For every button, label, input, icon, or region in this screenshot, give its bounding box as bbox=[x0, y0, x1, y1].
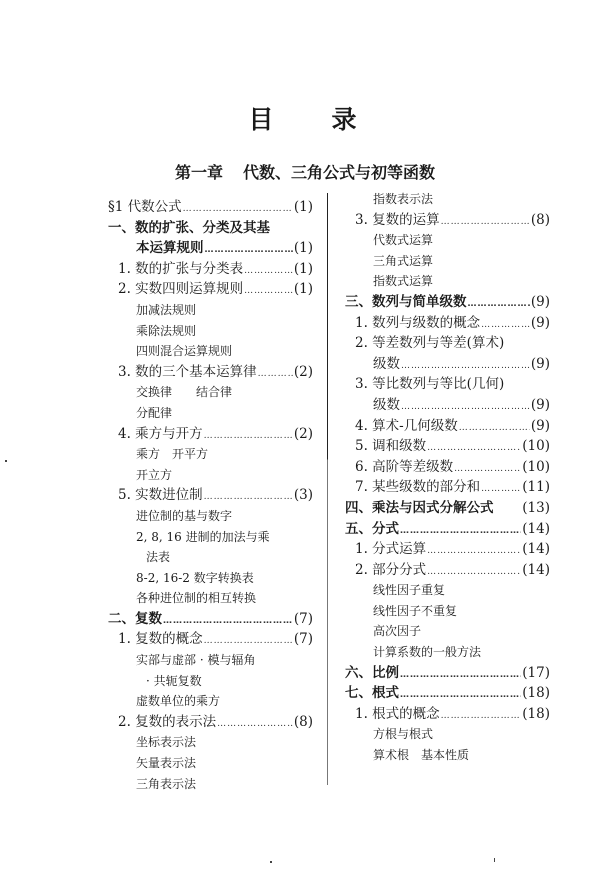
toc-entry: 方根与根式 bbox=[345, 724, 550, 745]
toc-entry: 2. 实数四则运算规则……………………………………………………(1) bbox=[108, 279, 313, 300]
toc-entry-title: 矢量表示法 bbox=[136, 753, 196, 774]
toc-entry: 4. 乘方与开方……………………………………………………(2) bbox=[108, 424, 313, 445]
toc-entry: 二、复数……………………………………………………(7) bbox=[108, 609, 313, 630]
dot-leader: …………………………………………………… bbox=[217, 714, 293, 735]
toc-entry-title: 2. 等差数列与等差(算术) bbox=[355, 333, 504, 354]
toc-page-number: (9) bbox=[531, 292, 550, 313]
toc-entry-title: 三、数列与简单级数 bbox=[345, 292, 467, 313]
toc-entry-title: 4. 算术-几何级数 bbox=[355, 416, 458, 437]
toc-entry: 级数……………………………………………………(9) bbox=[345, 354, 550, 375]
toc-entry-title: 2. 复数的表示法 bbox=[118, 712, 216, 733]
toc-entry: 坐标表示法 bbox=[108, 732, 313, 753]
chapter-title: 代数、三角公式与初等函数 bbox=[243, 163, 435, 182]
dot-leader: …………………………………………………… bbox=[400, 685, 521, 706]
toc-entry: 六、比例……………………………………………………(17) bbox=[345, 663, 550, 684]
toc-entry-title: 七、根式 bbox=[345, 683, 399, 704]
toc-entry: 1. 根式的概念……………………………………………………(18) bbox=[345, 704, 550, 725]
toc-entry-title: §1 代数公式 bbox=[108, 197, 182, 218]
toc-page-number: (14) bbox=[522, 560, 550, 581]
dot-leader: …………………………………………………… bbox=[401, 397, 530, 418]
toc-entry: 3. 数的三个基本运算律……………………………………………………(2) bbox=[108, 362, 313, 383]
toc-entry-title: 五、分式 bbox=[345, 519, 399, 540]
toc-entry: 五、分式……………………………………………………(14) bbox=[345, 519, 550, 540]
toc-entry-title: 实部与虚部 · 模与辐角 bbox=[136, 650, 255, 671]
toc-entry: 加减法规则 bbox=[108, 300, 313, 321]
toc-entry: 5. 实数进位制……………………………………………………(3) bbox=[108, 485, 313, 506]
dot-leader: …………………………………………………… bbox=[481, 479, 521, 500]
toc-entry: 8-2, 16-2 数字转换表 bbox=[108, 568, 313, 589]
toc-entry: 四、乘法与因式分解公式(13) bbox=[345, 498, 550, 519]
toc-entry-title: 1. 数列与级数的概念 bbox=[355, 313, 480, 334]
toc-entry-title: 1. 分式运算 bbox=[355, 539, 426, 560]
toc-entry: 三角表示法 bbox=[108, 774, 313, 795]
toc-entry-title: 级数 bbox=[373, 354, 400, 375]
toc-entry-title: 计算系数的一般方法 bbox=[373, 642, 481, 663]
toc-entry-title: 分配律 bbox=[136, 403, 172, 424]
scan-speck bbox=[270, 861, 272, 863]
toc-entry: 分配律 bbox=[108, 403, 313, 424]
toc-entry: 虚数单位的乘方 bbox=[108, 691, 313, 712]
toc-entry: 乘除法规则 bbox=[108, 321, 313, 342]
toc-entry: 乘方 开平方 bbox=[108, 444, 313, 465]
toc-entry-title: 四则混合运算规则 bbox=[136, 341, 232, 362]
toc-entry-title: 四、乘法与因式分解公式 bbox=[345, 498, 494, 519]
toc-entry: 三、数列与简单级数……………………………………………………(9) bbox=[345, 292, 550, 313]
dot-leader: …………………………………………………… bbox=[400, 665, 521, 686]
dot-leader: …………………………………………………… bbox=[468, 294, 530, 315]
toc-entry: · 共轭复数 bbox=[108, 671, 313, 692]
toc-entry-title: 本运算规则 bbox=[136, 238, 204, 259]
toc-entry: 开立方 bbox=[108, 465, 313, 486]
toc-entry: 3. 复数的运算……………………………………………………(8) bbox=[345, 210, 550, 231]
toc-entry: 三角式运算 bbox=[345, 251, 550, 272]
toc-entry: §1 代数公式……………………………………………………(1) bbox=[108, 197, 313, 218]
column-divider bbox=[327, 193, 328, 785]
toc-page-number: (1) bbox=[294, 238, 313, 259]
toc-entry: 高次因子 bbox=[345, 621, 550, 642]
dot-leader: …………………………………………………… bbox=[204, 426, 293, 447]
toc-entry: 2. 等差数列与等差(算术) bbox=[345, 333, 550, 354]
dot-leader: …………………………………………………… bbox=[441, 706, 522, 727]
toc-entry-title: 7. 某些级数的部分和 bbox=[355, 477, 480, 498]
toc-entry-title: 代数式运算 bbox=[373, 230, 433, 251]
toc-entry-title: 交换律 结合律 bbox=[136, 382, 232, 403]
toc-entry-title: 2, 8, 16 进制的加法与乘 bbox=[136, 527, 270, 548]
toc-entry: 矢量表示法 bbox=[108, 753, 313, 774]
dot-leader: …………………………………………………… bbox=[427, 562, 521, 583]
toc-entry: 实部与虚部 · 模与辐角 bbox=[108, 650, 313, 671]
toc-entry-title: 坐标表示法 bbox=[136, 732, 196, 753]
dot-leader: …………………………………………………… bbox=[204, 631, 293, 652]
toc-page-number: (8) bbox=[531, 210, 550, 231]
toc-entry-title: 开立方 bbox=[136, 465, 172, 486]
toc-page-number: (7) bbox=[294, 629, 313, 650]
toc-page-number: (18) bbox=[522, 704, 550, 725]
toc-entry: 1. 数的扩张与分类表……………………………………………………(1) bbox=[108, 259, 313, 280]
toc-entry-title: 线性因子不重复 bbox=[373, 601, 457, 622]
toc-page-number: (9) bbox=[531, 354, 550, 375]
toc-entry-title: 5. 实数进位制 bbox=[118, 485, 203, 506]
toc-entry: 七、根式……………………………………………………(18) bbox=[345, 683, 550, 704]
toc-entry: 指数式运算 bbox=[345, 271, 550, 292]
dot-leader: …………………………………………………… bbox=[459, 418, 530, 439]
toc-entry-title: 各种进位制的相互转换 bbox=[136, 588, 256, 609]
toc-entry: 2. 复数的表示法……………………………………………………(8) bbox=[108, 712, 313, 733]
toc-entry-title: 一、数的扩张、分类及其基 bbox=[108, 218, 270, 239]
toc-entry-title: 三角表示法 bbox=[136, 774, 196, 795]
toc-entry-title: 3. 复数的运算 bbox=[355, 210, 440, 231]
toc-entry: 各种进位制的相互转换 bbox=[108, 588, 313, 609]
dot-leader: …………………………………………………… bbox=[244, 281, 293, 302]
toc-entry: 级数……………………………………………………(9) bbox=[345, 395, 550, 416]
toc-page-number: (18) bbox=[522, 683, 550, 704]
toc-entry-title: 算术根 基本性质 bbox=[373, 745, 469, 766]
toc-entry-title: 1. 根式的概念 bbox=[355, 704, 440, 725]
scan-speck bbox=[5, 460, 7, 462]
toc-entry-title: 6. 高阶等差级数 bbox=[355, 457, 453, 478]
dot-leader: …………………………………………………… bbox=[401, 356, 530, 377]
toc-page-number: (14) bbox=[522, 519, 550, 540]
toc-page-number: (9) bbox=[531, 416, 550, 437]
toc-page-number: (1) bbox=[294, 197, 313, 218]
toc-page-number: (10) bbox=[522, 457, 550, 478]
toc-entry-title: 三角式运算 bbox=[373, 251, 433, 272]
toc-page-number: (9) bbox=[531, 395, 550, 416]
dot-leader: …………………………………………………… bbox=[163, 611, 293, 632]
toc-entry-title: 1. 数的扩张与分类表 bbox=[118, 259, 243, 280]
dot-leader: …………………………………………………… bbox=[204, 487, 293, 508]
dot-leader: …………………………………………………… bbox=[183, 199, 293, 220]
dot-leader: …………………………………………………… bbox=[427, 541, 521, 562]
toc-entry: 线性因子重复 bbox=[345, 580, 550, 601]
toc-entry-title: 8-2, 16-2 数字转换表 bbox=[136, 568, 254, 589]
chapter-number: 第一章 bbox=[175, 163, 223, 182]
toc-entry-title: 指数表示法 bbox=[373, 189, 433, 210]
dot-leader: …………………………………………………… bbox=[244, 261, 293, 282]
toc-entry: 1. 数列与级数的概念……………………………………………………(9) bbox=[345, 313, 550, 334]
toc-entry: 2. 部分分式……………………………………………………(14) bbox=[345, 560, 550, 581]
toc-entry: 5. 调和级数……………………………………………………(10) bbox=[345, 436, 550, 457]
toc-entry-title: 高次因子 bbox=[373, 621, 421, 642]
toc-entry: 线性因子不重复 bbox=[345, 601, 550, 622]
title-char-2: 录 bbox=[332, 100, 357, 136]
title-char-1: 目 bbox=[248, 100, 273, 136]
toc-entry: 本运算规则……………………………………………………(1) bbox=[108, 238, 313, 259]
toc-entry-title: 指数式运算 bbox=[373, 271, 433, 292]
toc-entry: 指数表示法 bbox=[345, 189, 550, 210]
toc-entry-title: 线性因子重复 bbox=[373, 580, 445, 601]
toc-entry-title: · 共轭复数 bbox=[146, 671, 202, 692]
dot-leader: …………………………………………………… bbox=[441, 212, 530, 233]
toc-entry: 代数式运算 bbox=[345, 230, 550, 251]
toc-entry: 7. 某些级数的部分和……………………………………………………(11) bbox=[345, 477, 550, 498]
toc-entry: 3. 等比数列与等比(几何) bbox=[345, 374, 550, 395]
toc-entry: 4. 算术-几何级数……………………………………………………(9) bbox=[345, 416, 550, 437]
toc-entry: 交换律 结合律 bbox=[108, 382, 313, 403]
page-title: 目录 bbox=[0, 100, 605, 136]
toc-entry-title: 2. 部分分式 bbox=[355, 560, 426, 581]
toc-page-number: (1) bbox=[294, 279, 313, 300]
toc-entry-title: 进位制的基与数字 bbox=[136, 506, 232, 527]
toc-entry: 1. 分式运算……………………………………………………(14) bbox=[345, 539, 550, 560]
toc-page-number: (8) bbox=[294, 712, 313, 733]
dot-leader: …………………………………………………… bbox=[205, 240, 293, 261]
toc-entry-title: 法表 bbox=[146, 547, 170, 568]
toc-entry: 计算系数的一般方法 bbox=[345, 642, 550, 663]
toc-entry: 1. 复数的概念……………………………………………………(7) bbox=[108, 629, 313, 650]
toc-entry: 算术根 基本性质 bbox=[345, 745, 550, 766]
toc-entry-title: 六、比例 bbox=[345, 663, 399, 684]
toc-entry-title: 4. 乘方与开方 bbox=[118, 424, 203, 445]
toc-page-number: (1) bbox=[294, 259, 313, 280]
chapter-heading: 第一章代数、三角公式与初等函数 bbox=[175, 160, 435, 183]
toc-page-number: (17) bbox=[522, 663, 550, 684]
toc-entry-title: 3. 数的三个基本运算律 bbox=[118, 362, 257, 383]
toc-entry-title: 级数 bbox=[373, 395, 400, 416]
toc-entry: 四则混合运算规则 bbox=[108, 341, 313, 362]
dot-leader: …………………………………………………… bbox=[481, 315, 530, 336]
toc-page-number: (2) bbox=[294, 362, 313, 383]
dot-leader: …………………………………………………… bbox=[454, 459, 521, 480]
dot-leader: …………………………………………………… bbox=[258, 364, 293, 385]
toc-right-column: 指数表示法3. 复数的运算……………………………………………………(8)代数式运… bbox=[345, 189, 550, 766]
toc-page-number: (3) bbox=[294, 485, 313, 506]
toc-page-number: (2) bbox=[294, 424, 313, 445]
toc-entry-title: 乘方 开平方 bbox=[136, 444, 208, 465]
dot-leader: …………………………………………………… bbox=[400, 521, 521, 542]
toc-entry-title: 加减法规则 bbox=[136, 300, 196, 321]
toc-entry-title: 3. 等比数列与等比(几何) bbox=[355, 374, 504, 395]
toc-page-number: (10) bbox=[522, 436, 550, 457]
toc-entry-title: 1. 复数的概念 bbox=[118, 629, 203, 650]
toc-entry: 法表 bbox=[108, 547, 313, 568]
toc-entry: 一、数的扩张、分类及其基 bbox=[108, 218, 313, 239]
toc-entry-title: 虚数单位的乘方 bbox=[136, 691, 220, 712]
toc-page-number: (7) bbox=[294, 609, 313, 630]
toc-entry: 进位制的基与数字 bbox=[108, 506, 313, 527]
toc-entry-title: 2. 实数四则运算规则 bbox=[118, 279, 243, 300]
toc-left-column: §1 代数公式……………………………………………………(1)一、数的扩张、分类及… bbox=[108, 197, 313, 794]
toc-page-number: (9) bbox=[531, 313, 550, 334]
toc-entry-title: 乘除法规则 bbox=[136, 321, 196, 342]
toc-entry: 6. 高阶等差级数……………………………………………………(10) bbox=[345, 457, 550, 478]
toc-entry-title: 二、复数 bbox=[108, 609, 162, 630]
toc-page-number: (14) bbox=[522, 539, 550, 560]
toc-page-number: (11) bbox=[522, 477, 550, 498]
dot-leader: …………………………………………………… bbox=[427, 438, 521, 459]
toc-entry-title: 5. 调和级数 bbox=[355, 436, 426, 457]
toc-entry-title: 方根与根式 bbox=[373, 724, 433, 745]
toc-entry: 2, 8, 16 进制的加法与乘 bbox=[108, 527, 313, 548]
toc-page-number: (13) bbox=[522, 498, 550, 519]
scan-speck bbox=[494, 858, 495, 862]
